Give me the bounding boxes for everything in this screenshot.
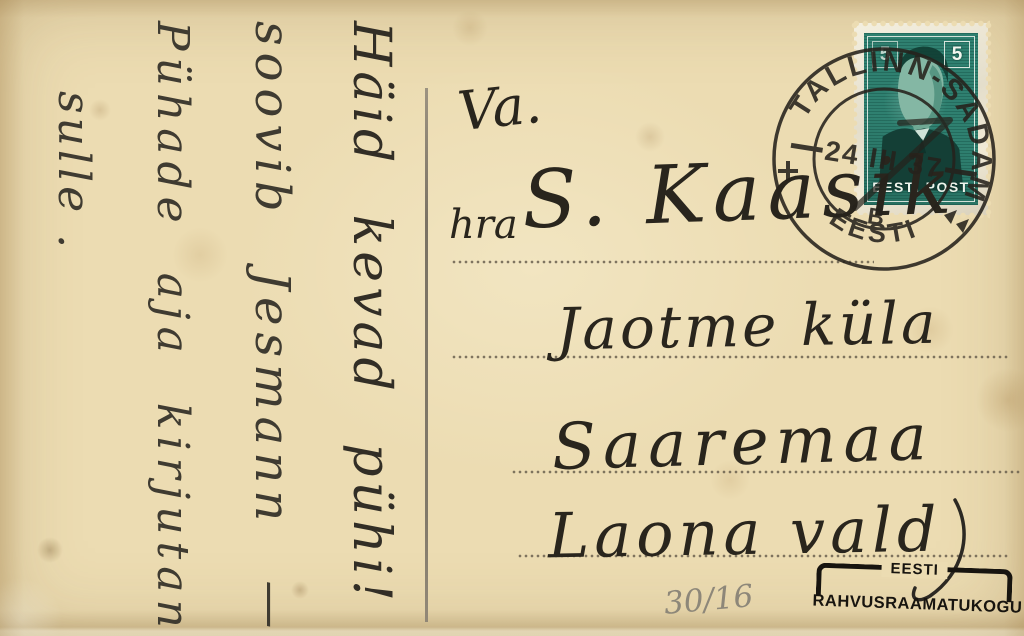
message-line: Häid kevad pühi! — [321, 21, 420, 633]
library-stamp-country: EESTI — [881, 560, 948, 579]
postmark-place-text: TALLINN-SADAM — [782, 39, 1004, 212]
address-island: Saaremaa — [551, 401, 934, 485]
address-note: Va. — [455, 72, 545, 143]
postcard-back: Häid kevad pühi! soovib Jesmann — Pühade… — [0, 0, 1024, 636]
address-village: Jaotme küla — [555, 289, 939, 364]
message-line: Pühade aja kirjutan — [123, 21, 222, 633]
postmark-bar — [791, 145, 823, 150]
address-honorific: hra — [449, 202, 518, 248]
postmark-star-ornament — [778, 161, 798, 181]
message-line: sulle . — [24, 21, 123, 633]
library-stamp: EESTI RAHVUSRAAMATUKOGU — [815, 563, 1013, 618]
library-stamp-frame: EESTI — [816, 563, 1013, 603]
postmark: TALLINN-SADAM EESTI 24 III 37 B — [764, 39, 1004, 279]
message-line: soovib Jesmann — — [222, 21, 321, 633]
postmark-arrow-ornament — [944, 210, 969, 233]
divider-line — [425, 88, 428, 622]
message-block: Häid kevad pühi! soovib Jesmann — Pühade… — [22, 21, 420, 633]
svg-text:TALLINN-SADAM: TALLINN-SADAM — [782, 39, 1004, 212]
stamp-perforation — [852, 20, 990, 27]
pencil-note: 30/16 — [663, 578, 755, 622]
